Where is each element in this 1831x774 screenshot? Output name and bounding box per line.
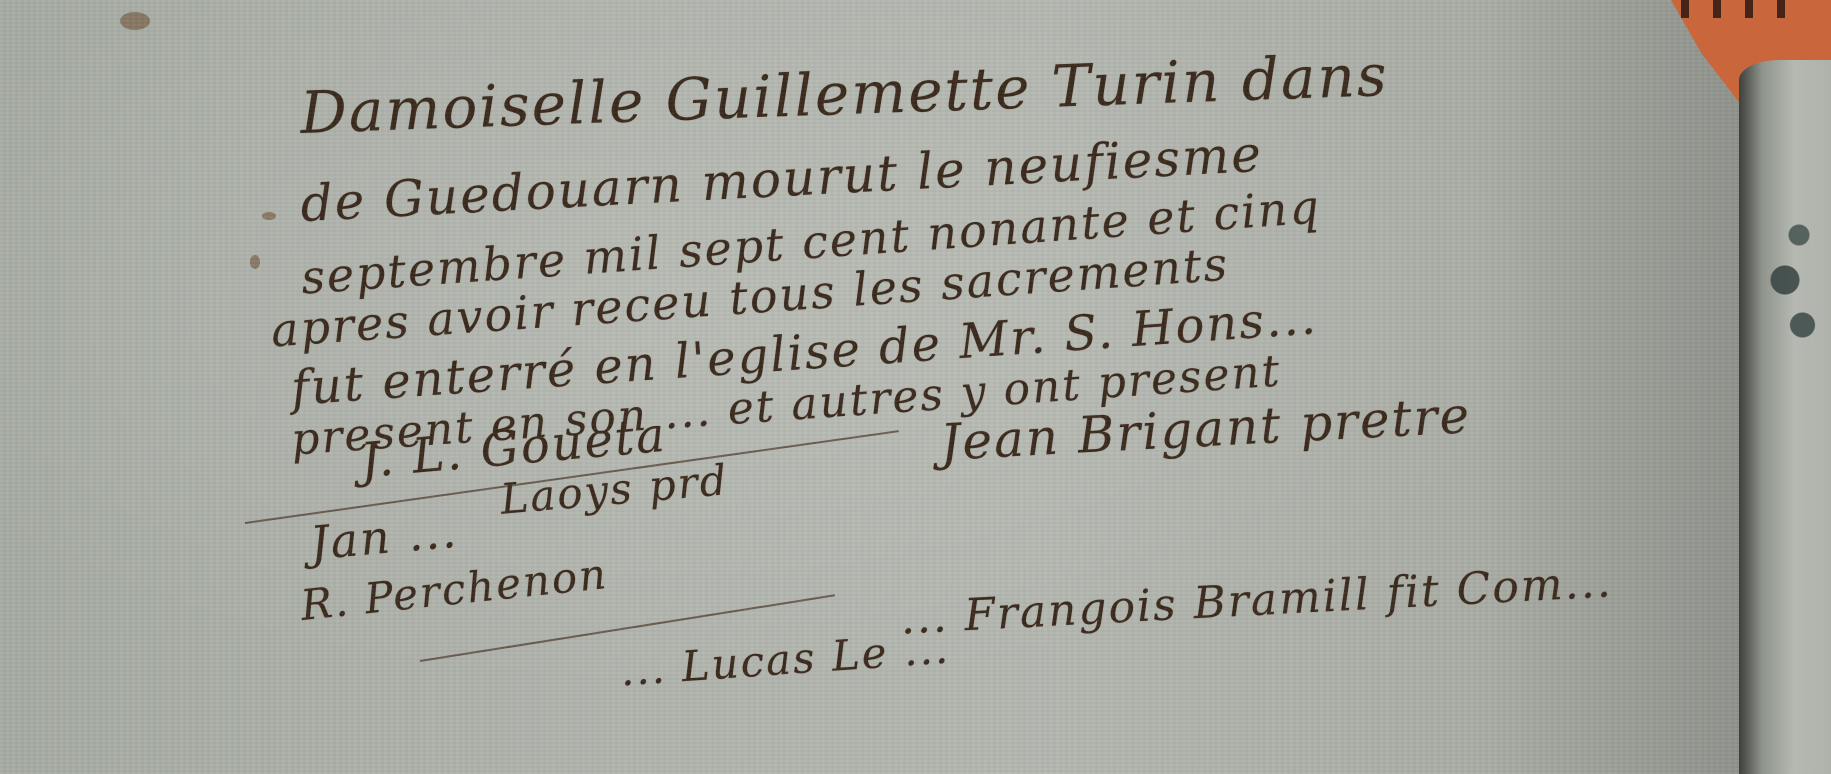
signature-jan: Jan ...: [308, 504, 460, 571]
ink-stain: [262, 212, 276, 220]
next-entry-line-2: ... Lucas Le ...: [619, 624, 952, 696]
next-entry-line-1: ... Frangois Bramill fit Com...: [899, 556, 1613, 644]
register-page: Damoiselle Guillemette Turin dans de Gue…: [0, 0, 1740, 774]
ink-stain: [120, 12, 150, 30]
ruler-ticks: [1681, 0, 1791, 18]
decorative-ornament-icon: [1757, 190, 1827, 370]
ink-stain: [250, 255, 260, 269]
adjacent-page: [1739, 60, 1831, 774]
